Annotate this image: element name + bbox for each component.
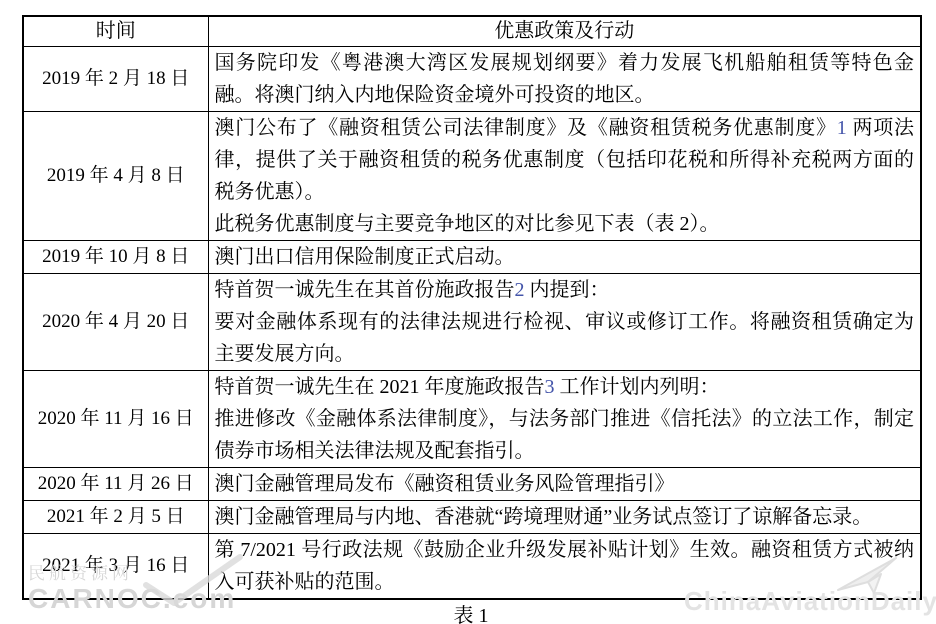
- policy-paragraph: 推进修改《金融体系法律制度》，与法务部门推进《信托法》的立法工作，制定债券市场相…: [215, 403, 915, 467]
- policy-cell: 澳门出口信用保险制度正式启动。: [208, 241, 921, 274]
- text-segment: 国务院印发《粤港澳大湾区发展规划纲要》着力发展飞机船舶租赁等特色金融。将澳门纳入…: [215, 52, 915, 106]
- policy-paragraph: 澳门出口信用保险制度正式启动。: [215, 241, 915, 273]
- text-segment: 此税务优惠制度与主要竞争地区的对比参见下表（表 2）。: [215, 213, 720, 235]
- text-segment: 特首贺一诚先生在 2021 年度施政报告: [215, 376, 545, 398]
- policy-paragraph: 澳门金融管理局发布《融资租赁业务风险管理指引》: [215, 468, 915, 500]
- header-row: 时间 优惠政策及行动: [23, 16, 921, 47]
- table-row: 2019 年 10 月 8 日澳门出口信用保险制度正式启动。: [23, 241, 921, 274]
- footnote-ref[interactable]: 1: [837, 117, 847, 139]
- policy-paragraph: 此税务优惠制度与主要竞争地区的对比参见下表（表 2）。: [215, 208, 915, 240]
- policy-cell: 特首贺一诚先生在其首份施政报告2 内提到：要对金融体系现有的法律法规进行检视、审…: [208, 274, 921, 371]
- date-cell: 2019 年 10 月 8 日: [23, 241, 208, 274]
- footnote-ref[interactable]: 3: [545, 376, 555, 398]
- table-row: 2021 年 2 月 5 日澳门金融管理局与内地、香港就“跨境理财通”业务试点签…: [23, 501, 921, 534]
- table-row: 2021 年 3 月 16 日第 7/2021 号行政法规《鼓励企业升级发展补贴…: [23, 534, 921, 600]
- table-row: 2020 年 11 月 26 日澳门金融管理局发布《融资租赁业务风险管理指引》: [23, 468, 921, 501]
- table-caption: 表 1: [22, 603, 920, 624]
- table-row: 2020 年 4 月 20 日特首贺一诚先生在其首份施政报告2 内提到：要对金融…: [23, 274, 921, 371]
- text-segment: 推进修改《金融体系法律制度》，与法务部门推进《信托法》的立法工作，制定债券市场相…: [215, 408, 915, 462]
- date-cell: 2020 年 4 月 20 日: [23, 274, 208, 371]
- text-segment: 要对金融体系现有的法律法规进行检视、审议或修订工作。将融资租赁确定为主要发展方向…: [215, 311, 915, 365]
- policy-paragraph: 第 7/2021 号行政法规《鼓励企业升级发展补贴计划》生效。融资租赁方式被纳入…: [215, 534, 915, 598]
- table-row: 2020 年 11 月 16 日特首贺一诚先生在 2021 年度施政报告3 工作…: [23, 371, 921, 468]
- table-row: 2019 年 2 月 18 日国务院印发《粤港澳大湾区发展规划纲要》着力发展飞机…: [23, 47, 921, 112]
- policy-paragraph: 特首贺一诚先生在其首份施政报告2 内提到：: [215, 274, 915, 306]
- policy-paragraph: 要对金融体系现有的法律法规进行检视、审议或修订工作。将融资租赁确定为主要发展方向…: [215, 306, 915, 370]
- table-body: 2019 年 2 月 18 日国务院印发《粤港澳大湾区发展规划纲要》着力发展飞机…: [23, 47, 921, 600]
- policy-cell: 澳门金融管理局发布《融资租赁业务风险管理指引》: [208, 468, 921, 501]
- date-cell: 2020 年 11 月 16 日: [23, 371, 208, 468]
- page: 时间 优惠政策及行动 2019 年 2 月 18 日国务院印发《粤港澳大湾区发展…: [0, 0, 936, 624]
- policy-cell: 澳门金融管理局与内地、香港就“跨境理财通”业务试点签订了谅解备忘录。: [208, 501, 921, 534]
- table-row: 2019 年 4 月 8 日澳门公布了《融资租赁公司法律制度》及《融资租赁税务优…: [23, 112, 921, 241]
- text-segment: 澳门出口信用保险制度正式启动。: [215, 246, 515, 268]
- policy-cell: 特首贺一诚先生在 2021 年度施政报告3 工作计划内列明：推进修改《金融体系法…: [208, 371, 921, 468]
- policy-paragraph: 澳门金融管理局与内地、香港就“跨境理财通”业务试点签订了谅解备忘录。: [215, 501, 915, 533]
- policy-cell: 澳门公布了《融资租赁公司法律制度》及《融资租赁税务优惠制度》1 两项法律，提供了…: [208, 112, 921, 241]
- policy-paragraph: 特首贺一诚先生在 2021 年度施政报告3 工作计划内列明：: [215, 371, 915, 403]
- text-segment: 澳门金融管理局发布《融资租赁业务风险管理指引》: [215, 473, 675, 495]
- text-segment: 特首贺一诚先生在其首份施政报告: [215, 279, 515, 301]
- header-time: 时间: [23, 16, 208, 47]
- text-segment: 工作计划内列明：: [555, 376, 720, 398]
- footnote-ref[interactable]: 2: [515, 279, 525, 301]
- policy-paragraph: 澳门公布了《融资租赁公司法律制度》及《融资租赁税务优惠制度》1 两项法律，提供了…: [215, 112, 915, 208]
- text-segment: 澳门金融管理局与内地、香港就“跨境理财通”业务试点签订了谅解备忘录。: [215, 506, 873, 528]
- text-segment: 澳门公布了《融资租赁公司法律制度》及《融资租赁税务优惠制度》: [215, 117, 837, 139]
- date-cell: 2021 年 3 月 16 日: [23, 534, 208, 600]
- policy-paragraph: 国务院印发《粤港澳大湾区发展规划纲要》着力发展飞机船舶租赁等特色金融。将澳门纳入…: [215, 47, 915, 111]
- date-cell: 2020 年 11 月 26 日: [23, 468, 208, 501]
- policy-cell: 第 7/2021 号行政法规《鼓励企业升级发展补贴计划》生效。融资租赁方式被纳入…: [208, 534, 921, 600]
- policy-table: 时间 优惠政策及行动 2019 年 2 月 18 日国务院印发《粤港澳大湾区发展…: [22, 15, 922, 600]
- header-policy: 优惠政策及行动: [208, 16, 921, 47]
- policy-cell: 国务院印发《粤港澳大湾区发展规划纲要》着力发展飞机船舶租赁等特色金融。将澳门纳入…: [208, 47, 921, 112]
- text-segment: 内提到：: [525, 279, 610, 301]
- date-cell: 2021 年 2 月 5 日: [23, 501, 208, 534]
- date-cell: 2019 年 4 月 8 日: [23, 112, 208, 241]
- date-cell: 2019 年 2 月 18 日: [23, 47, 208, 112]
- text-segment: 第 7/2021 号行政法规《鼓励企业升级发展补贴计划》生效。融资租赁方式被纳入…: [215, 539, 915, 593]
